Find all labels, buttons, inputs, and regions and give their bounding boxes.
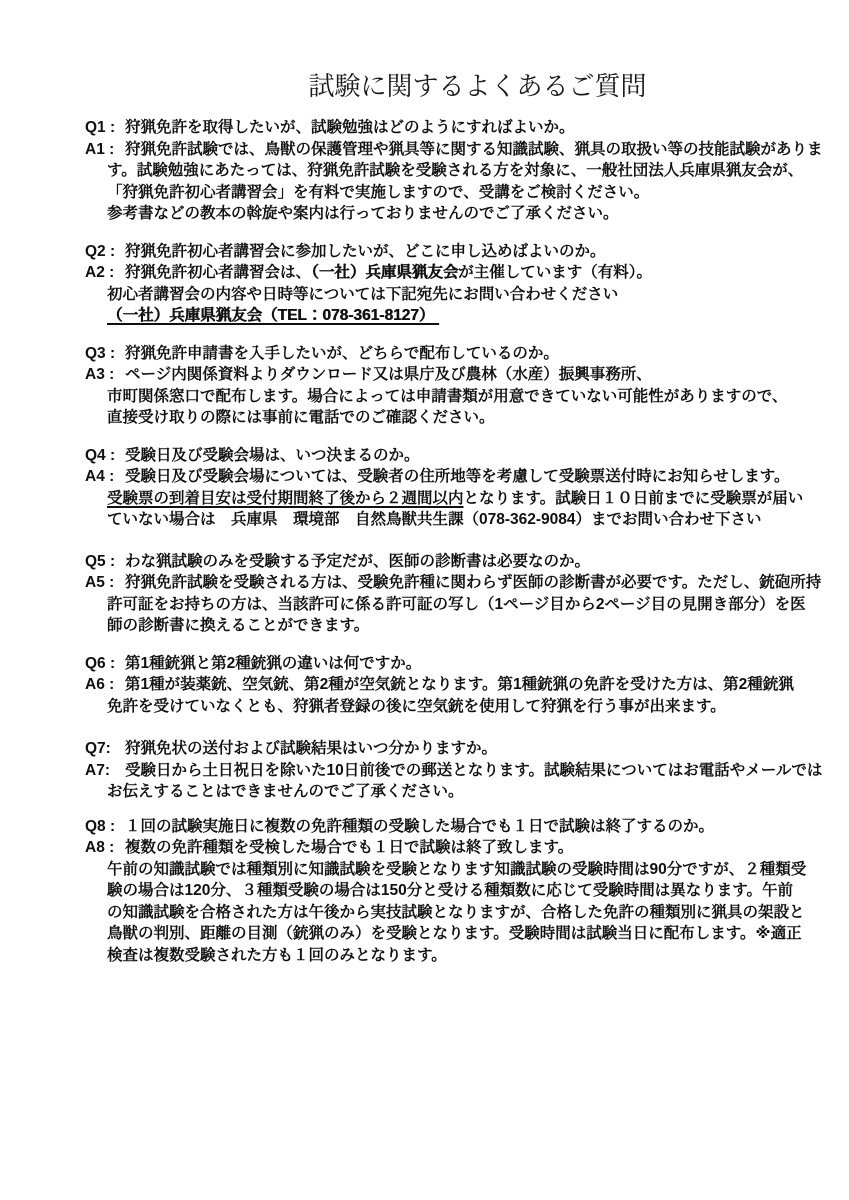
qa-line: 検査は複数受験された方も１回のみとなります。 xyxy=(85,945,829,967)
qa-text: 狩猟免許試験では、鳥獣の保護管理や猟具等に関する知識試験、猟具の取扱い等の技能試… xyxy=(125,141,823,158)
qa-line: 午前の知識試験では種類別に知識試験を受験となります知識試験の受験時間は90分です… xyxy=(85,859,829,881)
qa-text: 初心者講習会の内容や日時等については下記宛先にお問い合わせください xyxy=(107,286,618,303)
qa-line: A3 : ページ内関係資料よりダウンロード又は県庁及び農林（水産）振興事務所、 xyxy=(85,364,829,386)
qa-text: の知識試験を合格された方は午後から実技試験となりますが、合格した免許の種類別に猟… xyxy=(107,904,805,921)
qa-text: 午前の知識試験では種類別に知識試験を受験となります知識試験の受験時間は90分です… xyxy=(107,861,806,878)
qa-label: A2 : xyxy=(85,262,125,284)
qa-text: 市町関係窓口で配布します。場合によっては申請書類が用意できていない可能性がありま… xyxy=(107,388,787,405)
qa-text: 狩猟免許初心者講習会は、 xyxy=(125,264,311,281)
qa-text: 免許を受けていなくとも、狩猟者登録の後に空気銃を使用して狩猟を行う事が出来ます。 xyxy=(107,698,726,715)
qa-text: 鳥獣の判別、距離の目測（銃猟のみ）を受験となります。受験時間は試験当日に配布しま… xyxy=(107,925,802,942)
qa-text-bold: （一社）兵庫県猟友会 xyxy=(311,264,458,281)
qa-text: 「狩猟免許初心者講習会」を有料で実施しますので、受講をご検討ください。 xyxy=(107,184,649,201)
qa-text: 狩猟免状の送付および試験結果はいつ分かりますか。 xyxy=(125,740,497,757)
qa-line: 受験票の到着目安は受付期間終了後から２週間以内となります。試験日１０日前までに受… xyxy=(85,488,829,510)
qa-text: ページ内関係資料よりダウンロード又は県庁及び農林（水産）振興事務所、 xyxy=(125,366,652,383)
qa-label: A5 : xyxy=(85,572,125,594)
qa-text: 受験日から土日祝日を除いた10日前後での郵送となります。試験結果についてはお電話… xyxy=(125,762,822,779)
qa-line: A7: 受験日から土日祝日を除いた10日前後での郵送となります。試験結果について… xyxy=(85,760,829,782)
qa-line: A1 : 狩猟免許試験では、鳥獣の保護管理や猟具等に関する知識試験、猟具の取扱い… xyxy=(85,139,829,161)
qa-line: A8 : 複数の免許種類を受検した場合でも１日で試験は終了致します。 xyxy=(85,837,829,859)
qa-label: Q2 : xyxy=(85,241,125,263)
qa-text: となります。試験日１０日前までに受験票が届い xyxy=(464,490,804,507)
qa-text: 狩猟免許試験を受験される方は、受験免許種に関わらず医師の診断書が必要です。ただし… xyxy=(125,574,821,591)
qa-text: 狩猟免許初心者講習会に参加したいが、どこに申し込めばよいのか。 xyxy=(125,243,606,260)
qa-label: Q7: xyxy=(85,738,125,760)
qa-text: 第1種が装薬銃、空気銃、第2種が空気銃となります。第1種銃猟の免許を受けた方は、… xyxy=(125,676,794,693)
qa-line: Q2 : 狩猟免許初心者講習会に参加したいが、どこに申し込めばよいのか。 xyxy=(85,241,829,263)
qa-label: Q8 : xyxy=(85,816,125,838)
qa-label: A4 : xyxy=(85,466,125,488)
qa-label: Q3 : xyxy=(85,343,125,365)
qa-line: お伝えすることはできませんのでご了承ください。 xyxy=(85,781,829,803)
qa-label: A8 : xyxy=(85,837,125,859)
qa-text: 検査は複数受験された方も１回のみとなります。 xyxy=(107,947,447,964)
qa-line: Q5 : わな猟試験のみを受験する予定だが、医師の診断書は必要なのか。 xyxy=(85,551,829,573)
page-title: 試験に関するよくあるご質問 xyxy=(53,66,849,103)
qa-text: 験の場合は120分、３種類受験の場合は150分と受ける種類数に応じて受験時間は異… xyxy=(107,882,793,899)
qa-line: 免許を受けていなくとも、狩猟者登録の後に空気銃を使用して狩猟を行う事が出来ます。 xyxy=(85,696,829,718)
qa-label: A3 : xyxy=(85,364,125,386)
qa-text: す。試験勉強にあたっては、狩猟免許試験を受験される方を対象に、一般社団法人兵庫県… xyxy=(107,162,803,179)
qa-line: 師の診断書に換えることができます。 xyxy=(85,615,829,637)
faq-section-q5: Q5 : わな猟試験のみを受験する予定だが、医師の診断書は必要なのか。 A5 :… xyxy=(85,551,829,637)
qa-label: A1 : xyxy=(85,139,125,161)
qa-text: 直接受け取りの際には事前に電話でのご確認ください。 xyxy=(107,409,495,426)
qa-text: 参考書などの教本の斡旋や案内は行っておりませんのでご了承ください。 xyxy=(107,205,619,222)
qa-line: 直接受け取りの際には事前に電話でのご確認ください。 xyxy=(85,407,829,429)
faq-section-q4: Q4 : 受験日及び受験会場は、いつ決まるのか。 A4 : 受験日及び受験会場に… xyxy=(85,445,829,531)
qa-text: 師の診断書に換えることができます。 xyxy=(107,617,369,634)
qa-text: １回の試験実施日に複数の免許種類の受験した場合でも１日で試験は終了するのか。 xyxy=(125,818,714,835)
qa-line: 許可証をお持ちの方は、当該許可に係る許可証の写し（1ページ目から2ページ目の見開… xyxy=(85,594,829,616)
qa-line: A5 : 狩猟免許試験を受験される方は、受験免許種に関わらず医師の診断書が必要で… xyxy=(85,572,829,594)
qa-line: 市町関係窓口で配布します。場合によっては申請書類が用意できていない可能性がありま… xyxy=(85,386,829,408)
qa-text: 狩猟免許を取得したいが、試験勉強はどのようにすればよいか。 xyxy=(125,119,575,136)
qa-label: A7: xyxy=(85,760,125,782)
qa-label: Q4 : xyxy=(85,445,125,467)
qa-line: Q4 : 受験日及び受験会場は、いつ決まるのか。 xyxy=(85,445,829,467)
qa-text: 許可証をお持ちの方は、当該許可に係る許可証の写し（1ページ目から2ページ目の見開… xyxy=(107,596,806,613)
qa-line: す。試験勉強にあたっては、狩猟免許試験を受験される方を対象に、一般社団法人兵庫県… xyxy=(85,160,829,182)
qa-line: A4 : 受験日及び受験会場については、受験者の住所地等を考慮して受験票送付時に… xyxy=(85,466,829,488)
document-page: 試験に関するよくあるご質問 Q1 : 狩猟免許を取得したいが、試験勉強はどのよう… xyxy=(0,0,849,1200)
qa-line: 参考書などの教本の斡旋や案内は行っておりませんのでご了承ください。 xyxy=(85,203,829,225)
qa-text-underlined: 受験票の到着目安は受付期間終了後から２週間以内 xyxy=(107,490,464,507)
faq-section-q8: Q8 : １回の試験実施日に複数の免許種類の受験した場合でも１日で試験は終了する… xyxy=(85,816,829,967)
qa-text: 受験日及び受験会場は、いつ決まるのか。 xyxy=(125,447,420,464)
qa-line: 験の場合は120分、３種類受験の場合は150分と受ける種類数に応じて受験時間は異… xyxy=(85,880,829,902)
qa-text: が主催しています（有料）。 xyxy=(458,264,652,281)
qa-label: A6 : xyxy=(85,674,125,696)
qa-text: お伝えすることはできませんのでご了承ください。 xyxy=(107,783,464,800)
qa-line: Q3 : 狩猟免許申請書を入手したいが、どちらで配布しているのか。 xyxy=(85,343,829,365)
faq-section-q3: Q3 : 狩猟免許申請書を入手したいが、どちらで配布しているのか。 A3 : ペ… xyxy=(85,343,829,429)
qa-text: 狩猟免許申請書を入手したいが、どちらで配布しているのか。 xyxy=(125,345,559,362)
faq-section-q2: Q2 : 狩猟免許初心者講習会に参加したいが、どこに申し込めばよいのか。 A2 … xyxy=(85,241,829,327)
qa-line: 「狩猟免許初心者講習会」を有料で実施しますので、受講をご検討ください。 xyxy=(85,182,829,204)
qa-line: A2 : 狩猟免許初心者講習会は、（一社）兵庫県猟友会が主催しています（有料）。 xyxy=(85,262,829,284)
qa-line: 鳥獣の判別、距離の目測（銃猟のみ）を受験となります。受験時間は試験当日に配布しま… xyxy=(85,923,829,945)
faq-section-q7: Q7: 狩猟免状の送付および試験結果はいつ分かりますか。 A7: 受験日から土日… xyxy=(85,738,829,803)
faq-section-q1: Q1 : 狩猟免許を取得したいが、試験勉強はどのようにすればよいか。 A1 : … xyxy=(85,117,829,225)
qa-text: わな猟試験のみを受験する予定だが、医師の診断書は必要なのか。 xyxy=(125,553,590,570)
qa-label: Q5 : xyxy=(85,551,125,573)
qa-line: Q1 : 狩猟免許を取得したいが、試験勉強はどのようにすればよいか。 xyxy=(85,117,829,139)
qa-line: ていない場合は 兵庫県 環境部 自然鳥獣共生課（078-362-9084）までお… xyxy=(85,509,829,531)
qa-text: 受験日及び受験会場については、受験者の住所地等を考慮して受験票送付時にお知らせし… xyxy=(125,468,790,485)
qa-line: Q7: 狩猟免状の送付および試験結果はいつ分かりますか。 xyxy=(85,738,829,760)
qa-line: の知識試験を合格された方は午後から実技試験となりますが、合格した免許の種類別に猟… xyxy=(85,902,829,924)
faq-section-q6: Q6 : 第1種銃猟と第2種銃猟の違いは何ですか。 A6 : 第1種が装薬銃、空… xyxy=(85,653,829,718)
qa-label: Q6 : xyxy=(85,653,125,675)
qa-line: Q6 : 第1種銃猟と第2種銃猟の違いは何ですか。 xyxy=(85,653,829,675)
qa-text: 複数の免許種類を受検した場合でも１日で試験は終了致します。 xyxy=(125,839,573,856)
contact-phone-text: （一社）兵庫県猟友会（TEL：078-361-8127） xyxy=(107,307,439,324)
qa-line: A6 : 第1種が装薬銃、空気銃、第2種が空気銃となります。第1種銃猟の免許を受… xyxy=(85,674,829,696)
qa-line: 初心者講習会の内容や日時等については下記宛先にお問い合わせください xyxy=(85,284,829,306)
qa-line: Q8 : １回の試験実施日に複数の免許種類の受験した場合でも１日で試験は終了する… xyxy=(85,816,829,838)
qa-text: 第1種銃猟と第2種銃猟の違いは何ですか。 xyxy=(125,655,421,672)
contact-line: （一社）兵庫県猟友会（TEL：078-361-8127） xyxy=(85,305,829,327)
qa-text: ていない場合は 兵庫県 環境部 自然鳥獣共生課（078-362-9084）までお… xyxy=(107,511,762,528)
faq-content: Q1 : 狩猟免許を取得したいが、試験勉強はどのようにすればよいか。 A1 : … xyxy=(0,117,849,966)
qa-label: Q1 : xyxy=(85,117,125,139)
